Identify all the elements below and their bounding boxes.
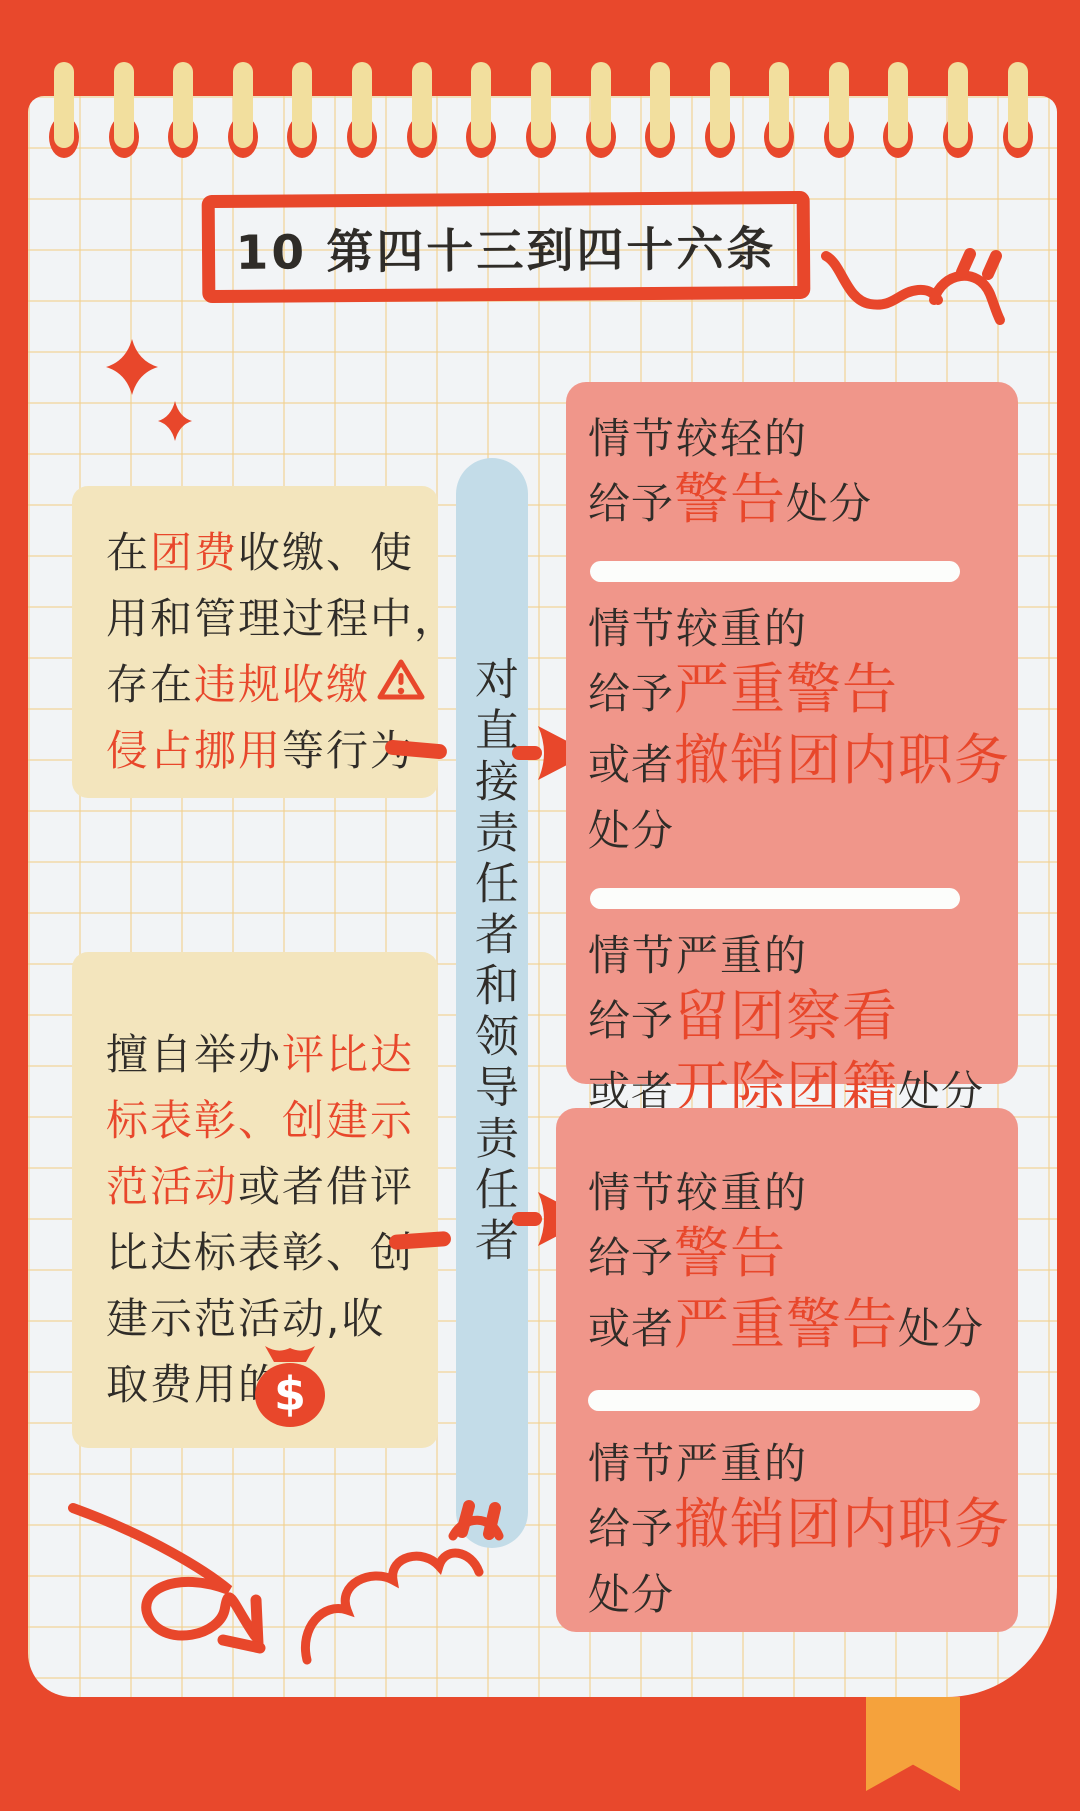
ring: [948, 62, 968, 148]
sparkle-icon: [100, 325, 200, 445]
text-line: 范活动或者借评: [106, 1158, 438, 1224]
svg-text:$: $: [274, 1367, 306, 1421]
ring: [54, 62, 74, 148]
ring: [352, 62, 372, 148]
doodle-arrow-icon: [55, 1488, 535, 1698]
divider: [588, 1390, 980, 1411]
ring: [769, 62, 789, 148]
punishment-line: 给予警告处分: [588, 466, 1018, 537]
divider: [590, 561, 960, 582]
responsibility-band: 对直接责任者和领导责任者: [456, 458, 528, 1548]
text-line: 存在违规收缴: [106, 656, 438, 722]
punishment-line: 处分: [588, 1562, 1018, 1628]
condition-label: 情节较轻的: [588, 412, 1018, 466]
page-title: 10 第四十三到四十六条: [235, 212, 776, 283]
punishment-line: 给予严重警告: [588, 656, 1018, 727]
text-line: 比达标表彰、创: [106, 1224, 438, 1290]
punishment-line: 给予警告: [588, 1220, 1018, 1291]
condition-label: 情节严重的: [588, 1437, 1018, 1491]
text-line: 擅自举办评比达: [106, 1026, 438, 1092]
money-bag-icon: $: [250, 1342, 330, 1428]
ring: [888, 62, 908, 148]
warning-icon: [376, 657, 426, 703]
notebook-poster: 10 第四十三到四十六条 在团费收缴、使 用和管理过程中， 存在违规收缴 侵占挪…: [0, 0, 1080, 1811]
ring: [650, 62, 670, 148]
ring: [114, 62, 134, 148]
condition-label: 情节较重的: [588, 602, 1018, 656]
ring: [829, 62, 849, 148]
bookmark-ribbon: [866, 1697, 960, 1791]
condition-label: 情节较重的: [588, 1166, 1018, 1220]
condition-label: 情节严重的: [588, 929, 1018, 983]
punishment-line: 给予撤销团内职务: [588, 1491, 1018, 1562]
ring: [710, 62, 730, 148]
ring: [173, 62, 193, 148]
title-box: 10 第四十三到四十六条: [202, 191, 811, 303]
ring: [1008, 62, 1028, 148]
case-box-fees: 在团费收缴、使 用和管理过程中， 存在违规收缴 侵占挪用等行为: [72, 486, 438, 798]
ring: [412, 62, 432, 148]
punishment-line: 给予留团察看: [588, 983, 1018, 1054]
text-line: 侵占挪用等行为: [106, 722, 438, 788]
ring: [531, 62, 551, 148]
text-line: 用和管理过程中，: [106, 590, 438, 656]
punishment-line: 或者撤销团内职务: [588, 727, 1018, 798]
punishment-panel-2: 情节较重的 给予警告 或者严重警告处分 情节严重的 给予撤销团内职务 处分: [556, 1108, 1018, 1632]
ring: [233, 62, 253, 148]
ring: [292, 62, 312, 148]
squiggle-icon: [818, 238, 1033, 348]
divider: [590, 888, 960, 909]
punishment-line: 或者严重警告处分: [588, 1291, 1018, 1362]
ring: [591, 62, 611, 148]
ring: [471, 62, 491, 148]
punishment-panel-1: 情节较轻的 给予警告处分 情节较重的 给予严重警告 或者撤销团内职务 处分 情节…: [566, 382, 1018, 1084]
text-line: 标表彰、创建示: [106, 1092, 438, 1158]
punishment-line: 处分: [588, 798, 1018, 864]
text-line: 在团费收缴、使: [106, 524, 438, 590]
